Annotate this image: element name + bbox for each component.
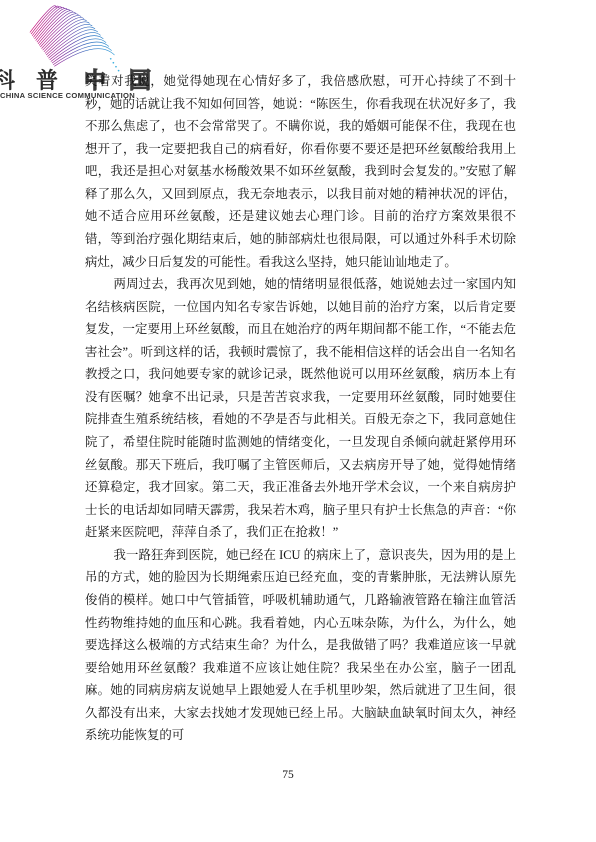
paragraph-1: 笑着对我说，她觉得她现在心情好多了，我倍感欣慰，可开心持续了不到十秒，她的话就让… [85, 70, 516, 273]
logo-char-ke: 科 [0, 70, 15, 92]
page-number: 75 [0, 769, 576, 781]
document-page: 科 普 中 国 CHINA SCIENCE COMMUNICATION 笑着对我… [0, 0, 596, 842]
logo-wave-icon [28, 2, 122, 78]
logo-char-pu: 普 [36, 70, 58, 92]
document-body: 笑着对我说，她觉得她现在心情好多了，我倍感欣慰，可开心持续了不到十秒，她的话就让… [85, 70, 516, 747]
paragraph-3: 我一路狂奔到医院，她已经在 ICU 的病床上了，意识丧失，因为用的是上吊的方式，… [85, 544, 516, 747]
paragraph-2: 两周过去，我再次见到她，她的情绪明显很低落，她说她去过一家国内知名结核病医院，一… [85, 273, 516, 544]
